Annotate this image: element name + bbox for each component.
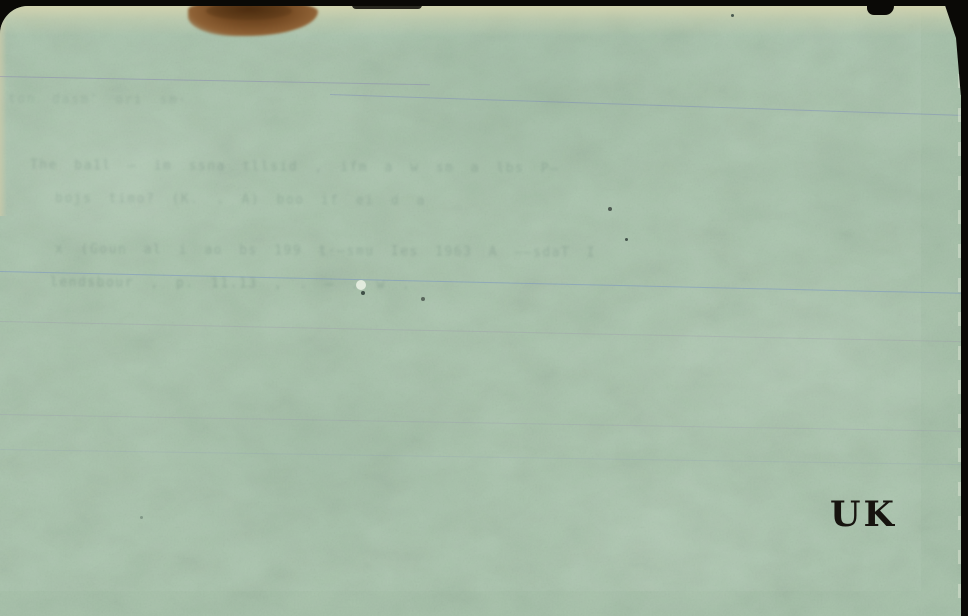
- top-edge-notch: [867, 0, 894, 15]
- right-edge-fringe: [958, 6, 961, 616]
- paper-speck: [140, 516, 143, 519]
- country-code-stamp: UK: [830, 494, 897, 535]
- paper-speck: [625, 238, 628, 241]
- paper-speck: [608, 207, 612, 211]
- paper-speck: [361, 291, 365, 295]
- top-edge-bump: [352, 5, 422, 9]
- index-card: ton dasm' ori sm· The ba1l — im ssna tll…: [0, 6, 961, 616]
- paper-speck: [731, 14, 734, 17]
- left-edge-light-band: [0, 6, 7, 216]
- paper-speck: [421, 297, 425, 301]
- top-edge-cream-band: [0, 6, 961, 36]
- paper-speck: [356, 280, 366, 290]
- scanned-card-image: ton dasm' ori sm· The ba1l — im ssna tll…: [0, 0, 968, 616]
